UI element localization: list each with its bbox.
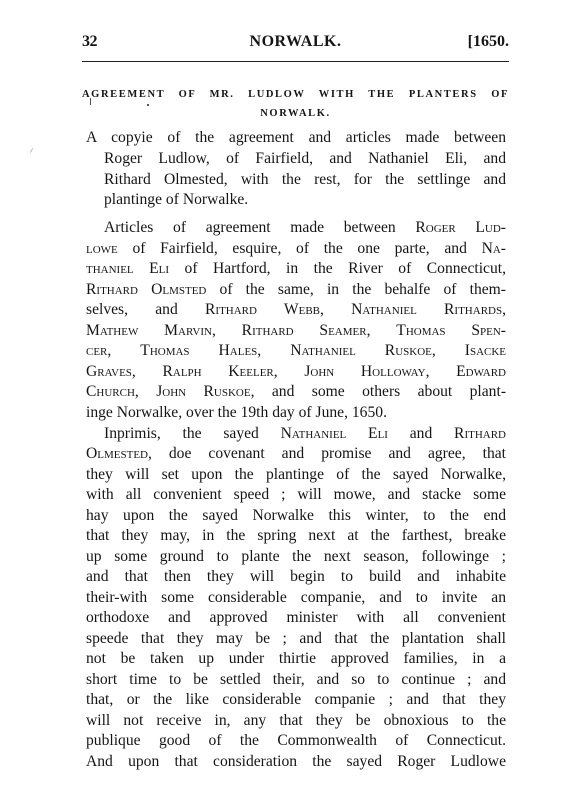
running-head: 32 NORWALK. [1650. bbox=[82, 33, 509, 53]
text-line: orthodoxe and approved minister with all… bbox=[86, 608, 506, 628]
text-line: that they may, in the spring next at the… bbox=[86, 526, 506, 546]
text-line: Roger Ludlow, of Fairfield, and Nathanie… bbox=[104, 149, 506, 169]
text-line: with all convenient speed ; will mowe, a… bbox=[86, 485, 506, 505]
text-line: that, or the like considerable companie … bbox=[86, 690, 506, 710]
text-line: Graves, Ralph Keeler, John Holloway, Edw… bbox=[86, 362, 506, 382]
text-line: short time to be settled their, and so t… bbox=[86, 670, 506, 690]
text-line: up some ground to plante the next season… bbox=[86, 547, 506, 567]
text-line: will not receive in, any that they be ob… bbox=[86, 711, 506, 731]
running-year: [1650. bbox=[468, 33, 509, 51]
text-line: Church, John Ruskoe, and some others abo… bbox=[86, 382, 506, 402]
text-line: hay upon the sayed Norwalke this winter,… bbox=[86, 506, 506, 526]
text-line: their-with some considerable companie, a… bbox=[86, 588, 506, 608]
text-line: inge Norwalke, over the 19th day of June… bbox=[86, 403, 506, 423]
section-heading-line-2: NORWALK. bbox=[82, 108, 509, 119]
text-line: Inprimis, the sayed Nathaniel Eli and Ri… bbox=[104, 424, 506, 444]
text-line: thaniel Eli of Hartford, in the River of… bbox=[86, 259, 506, 279]
text-line: lowe of Fairfield, esquire, of the one p… bbox=[86, 239, 506, 259]
text-line: And upon that consideration the sayed Ro… bbox=[86, 752, 506, 772]
text-line: speede that they may be ; and that the p… bbox=[86, 629, 506, 649]
scan-speck bbox=[90, 98, 91, 105]
scan-speck bbox=[30, 148, 33, 153]
text-line: and that then they will begin to build a… bbox=[86, 567, 506, 587]
text-line: cer, Thomas Hales, Nathaniel Ruskoe, Isa… bbox=[86, 341, 506, 361]
scan-speck bbox=[147, 104, 149, 106]
text-line: publique good of the Commonwealth of Con… bbox=[86, 731, 506, 751]
text-line: not be taken up under thirtie approved f… bbox=[86, 649, 506, 669]
text-line: A copyie of the agreement and articles m… bbox=[86, 128, 506, 148]
text-line: Olmested, doe covenant and promise and a… bbox=[86, 444, 506, 464]
section-heading-line-1: AGREEMENT OF MR. LUDLOW WITH THE PLANTER… bbox=[82, 89, 509, 100]
book-page: 32 NORWALK. [1650. AGREEMENT OF MR. LUDL… bbox=[0, 0, 569, 806]
running-title: NORWALK. bbox=[82, 33, 509, 51]
text-line: Articles of agreement made between Roger… bbox=[104, 218, 506, 238]
text-line: Mathew Marvin, Rithard Seamer, Thomas Sp… bbox=[86, 321, 506, 341]
header-rule bbox=[82, 61, 509, 62]
text-line: plantinge of Norwalke. bbox=[104, 190, 506, 210]
text-line: Rithard Olmsted of the same, in the beha… bbox=[86, 280, 506, 300]
text-line: selves, and Rithard Webb, Nathaniel Rith… bbox=[86, 300, 506, 320]
text-line: they will set upon the plantinge of the … bbox=[86, 465, 506, 485]
text-line: Rithard Olmested, with the rest, for the… bbox=[104, 170, 506, 190]
